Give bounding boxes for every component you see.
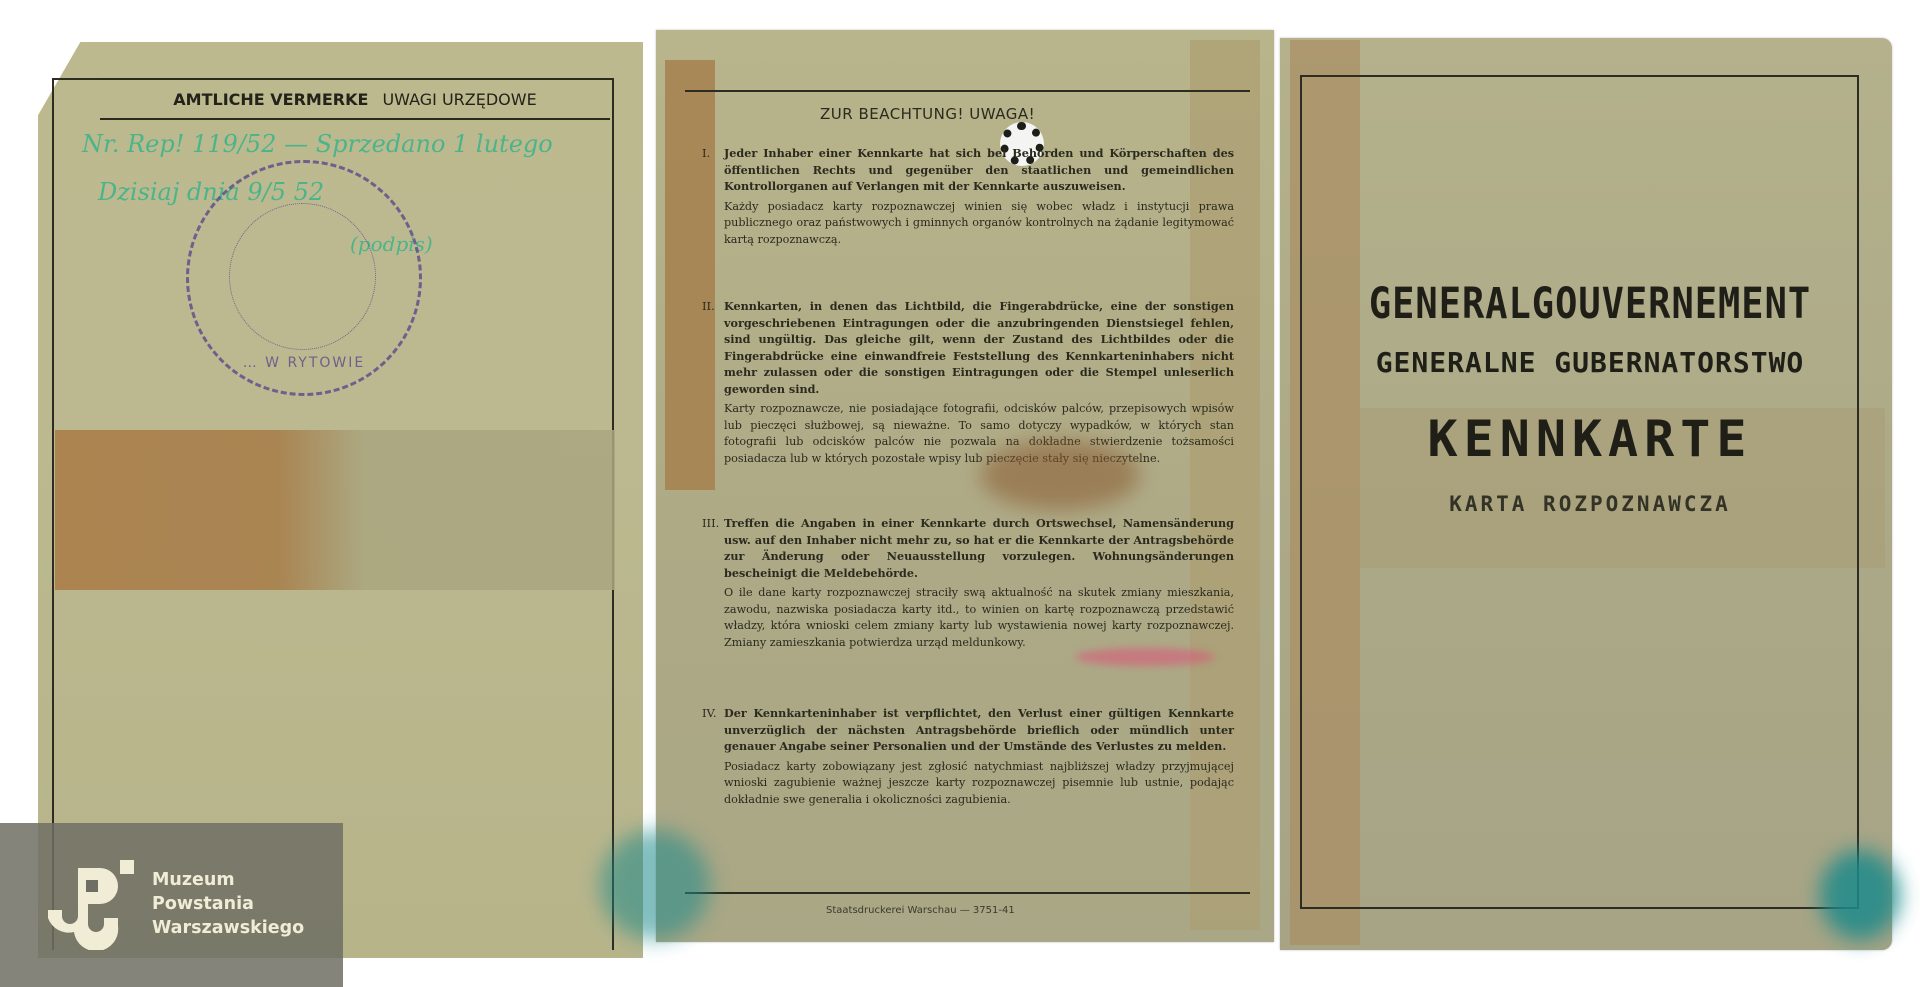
section-1-german: Jeder Inhaber einer Kennkarte hat sich b…: [724, 145, 1234, 195]
tape-strip-left: [55, 430, 615, 590]
section-3: III. Treffen die Angaben in einer Kennka…: [724, 515, 1234, 651]
section-2-german: Kennkarten, in denen das Lichtbild, die …: [724, 298, 1234, 397]
section-3-polish: O ile dane karty rozpoznawczej straciły …: [724, 585, 1234, 651]
museum-name-line-2: Powstania: [152, 892, 304, 916]
section-4-german: Der Kennkarteninhaber ist verpflichtet, …: [724, 705, 1234, 755]
kotwica-anchor-logo-icon: [48, 860, 134, 950]
section-numeral: IV.: [702, 705, 717, 722]
instructions-title: ZUR BEACHTUNG! UWAGA!: [820, 105, 1035, 123]
teal-stain-right: [1820, 850, 1900, 940]
section-2-polish: Karty rozpoznawcze, nie posiadające foto…: [724, 401, 1234, 467]
stamp-text: … W RYTOWIE: [189, 355, 419, 371]
red-mark: [1075, 648, 1215, 666]
section-4: IV. Der Kennkarteninhaber ist verpflicht…: [724, 705, 1234, 808]
section-1: I. Jeder Inhaber einer Kennkarte hat sic…: [724, 145, 1234, 248]
official-notes-header: AMTLICHE VERMERKE UWAGI URZĘDOWE: [100, 78, 610, 120]
section-2: II. Kennkarten, in denen das Lichtbild, …: [724, 298, 1234, 467]
museum-name: Muzeum Powstania Warszawskiego: [152, 868, 304, 940]
cover-title-german: GENERALGOUVERNEMENT: [1320, 279, 1860, 328]
section-4-polish: Posiadacz karty zobowiązany jest zgłosić…: [724, 759, 1234, 809]
printer-imprint: Staatsdruckerei Warschau — 3751-41: [826, 905, 1015, 916]
museum-name-line-3: Warszawskiego: [152, 916, 304, 940]
museum-name-line-1: Muzeum: [152, 868, 304, 892]
section-numeral: III.: [702, 515, 719, 532]
teal-stain-middle: [600, 830, 710, 940]
section-numeral: II.: [702, 298, 715, 315]
official-stamp: … W RYTOWIE: [186, 160, 422, 396]
header-polish: UWAGI URZĘDOWE: [382, 90, 536, 109]
brown-stain: [980, 440, 1140, 510]
handwriting-line-1: Nr. Rep! 119/52 — Sprzedano 1 lutego: [82, 130, 553, 158]
section-numeral: I.: [702, 145, 710, 162]
cover-kennkarte: KENNKARTE: [1320, 410, 1860, 468]
section-1-polish: Każdy posiadacz karty rozpoznawczej wini…: [724, 199, 1234, 249]
cover-title-polish: GENERALNE GUBERNATORSTWO: [1320, 346, 1860, 379]
section-3-german: Treffen die Angaben in einer Kennkarte d…: [724, 515, 1234, 581]
header-german: AMTLICHE VERMERKE: [173, 90, 368, 109]
cover-karta-rozpoznawcza: KARTA ROZPOZNAWCZA: [1320, 492, 1860, 516]
eagle-emblem-icon: [229, 203, 376, 350]
